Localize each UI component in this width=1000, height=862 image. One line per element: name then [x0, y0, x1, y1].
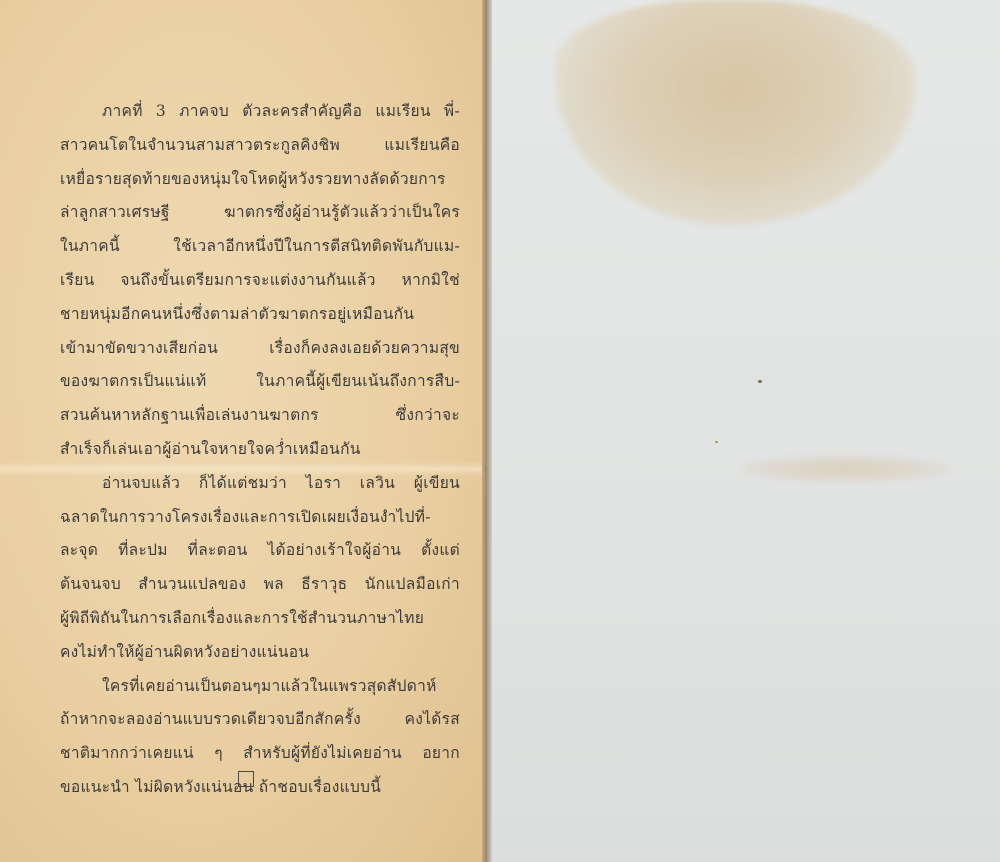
text-line: ถ้าหากจะลองอ่านแบบรวดเดียวจบอีกสักครั้ง …: [60, 703, 460, 737]
review-text: ภาคที่ 3 ภาคจบ ตัวละครสำคัญคือ แมเรียน พ…: [60, 95, 460, 805]
text-line: สาวคนโตในจำนวนสามสาวตระกูลคิงชิพ แมเรียน…: [60, 129, 460, 163]
text-line: ขอแนะนำ ไม่ผิดหวังแน่นอน ถ้าชอบเรื่องแบบ…: [60, 771, 460, 805]
paper-speck: [715, 441, 718, 443]
text-line: ในภาคนี้ ใช้เวลาอีกหนึ่งปีในการตีสนิทติด…: [60, 230, 460, 264]
text-line: ภาคที่ 3 ภาคจบ ตัวละครสำคัญคือ แมเรียน พ…: [60, 95, 460, 129]
text-line: ผู้พิถีพิถันในการเลือกเรื่องและการใช้สำน…: [60, 602, 460, 636]
book-gutter: [482, 0, 492, 862]
text-line: ชาติมากกว่าเคยแน่ ๆ สำหรับผู้ที่ยังไม่เค…: [60, 737, 460, 771]
text-line: ฉลาดในการวางโครงเรื่องและการเปิดเผยเงื่อ…: [60, 501, 460, 535]
text-line: เหยื่อรายสุดท้ายของหนุ่มใจโหดผู้หวังรวยท…: [60, 163, 460, 197]
text-line: สำเร็จก็เล่นเอาผู้อ่านใจหายใจคว่ำเหมือนก…: [60, 433, 460, 467]
text-line: ละจุด ที่ละปม ที่ละตอน ได้อย่างเร้าใจผู้…: [60, 534, 460, 568]
text-line: คงไม่ทำให้ผู้อ่านผิดหวังอย่างแน่นอน: [60, 636, 460, 670]
text-line: ของฆาตกรเป็นแน่แท้ ในภาคนี้ผู้เขียนเน้นถ…: [60, 365, 460, 399]
faint-stain: [740, 455, 950, 483]
text-line: สวนค้นหาหลักฐานเพื่อเล่นงานฆาตกร ซึ่งกว่…: [60, 399, 460, 433]
paragraph-1: ภาคที่ 3 ภาคจบ ตัวละครสำคัญคือ แมเรียน พ…: [60, 95, 460, 467]
text-line: ใครที่เคยอ่านเป็นตอนๆมาแล้วในแพรวสุดสัปด…: [60, 670, 460, 704]
paragraph-3: ใครที่เคยอ่านเป็นตอนๆมาแล้วในแพรวสุดสัปด…: [60, 670, 460, 805]
text-line: ล่าลูกสาวเศรษฐี ฆาตกรซึ่งผู้อ่านรู้ตัวแล…: [60, 196, 460, 230]
paragraph-2: อ่านจบแล้ว ก็ได้แต่ชมว่า ไอรา เลวิน ผู้เ…: [60, 467, 460, 670]
text-line: ต้นจนจบ สำนวนแปลของ พล ธีราวุธ นักแปลมือ…: [60, 568, 460, 602]
paper-speck: [758, 380, 762, 383]
text-line: เข้ามาขัดขวางเสียก่อน เรื่องก็คงลงเอยด้ว…: [60, 332, 460, 366]
end-of-article-mark: [238, 771, 254, 787]
text-line: อ่านจบแล้ว ก็ได้แต่ชมว่า ไอรา เลวิน ผู้เ…: [60, 467, 460, 501]
text-line: ชายหนุ่มอีกคนหนึ่งซึ่งตามล่าตัวฆาตกรอยู่…: [60, 298, 460, 332]
text-line: เรียน จนถึงขั้นเตรียมการจะแต่งงานกันแล้ว…: [60, 264, 460, 298]
